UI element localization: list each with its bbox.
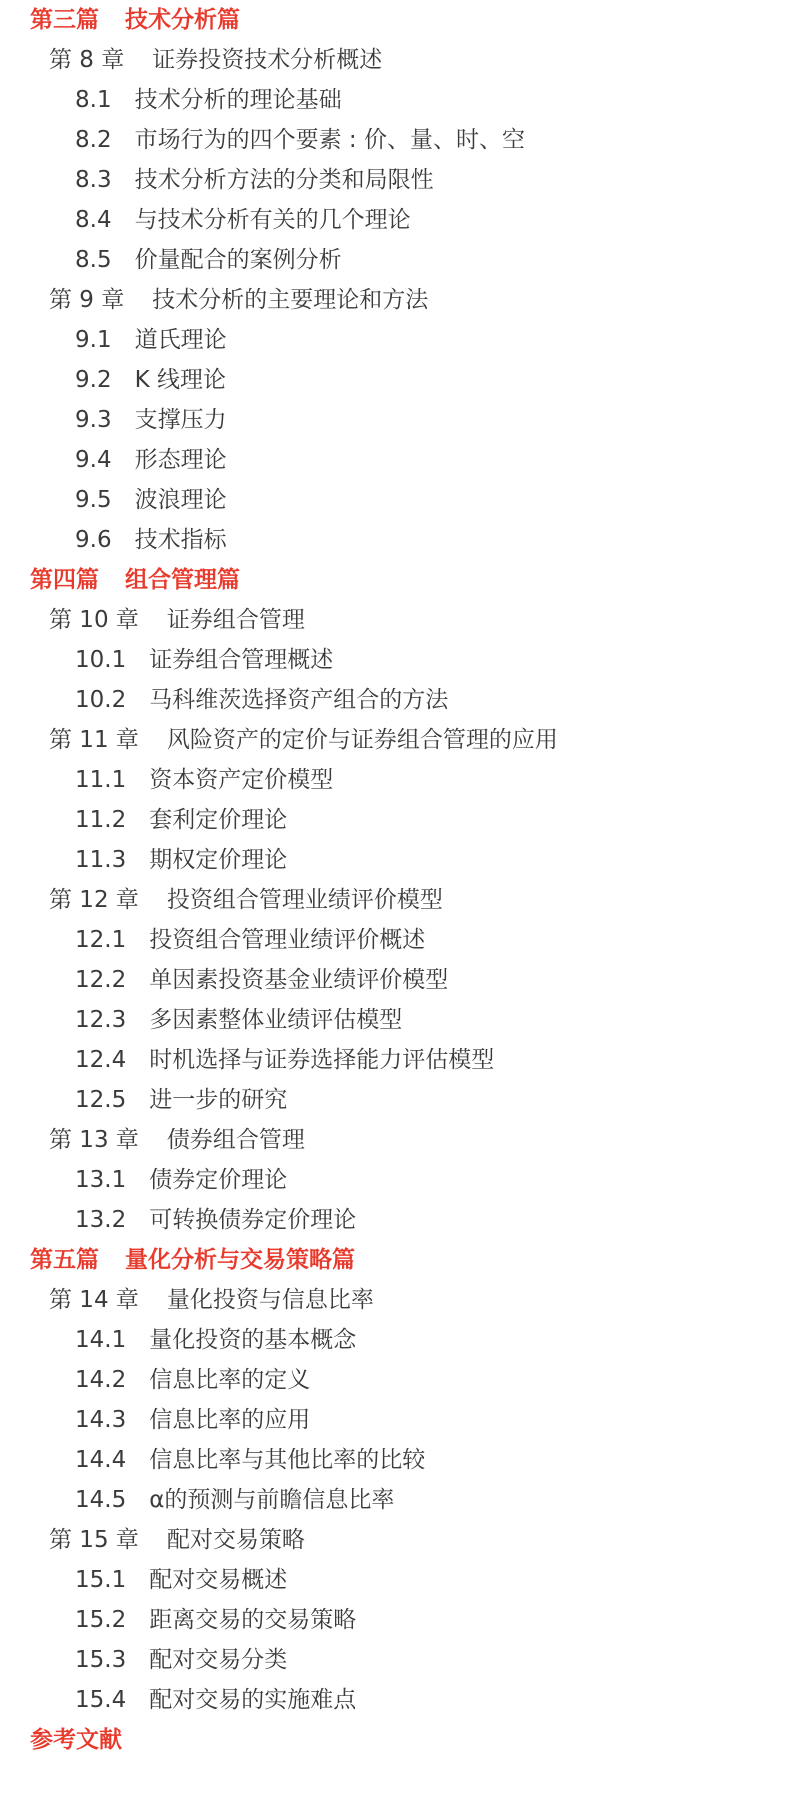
toc-entry-item: 9.5波浪理论 bbox=[0, 480, 790, 520]
toc-entry-number: 15.3 bbox=[75, 1640, 126, 1680]
toc-entry-number: 14.3 bbox=[75, 1400, 126, 1440]
toc-entry-title: 时机选择与证券选择能力评估模型 bbox=[149, 1047, 494, 1073]
toc-entry-number: 10.1 bbox=[75, 640, 126, 680]
toc-entry-title: 组合管理篇 bbox=[125, 567, 240, 593]
toc-entry-title: 距离交易的交易策略 bbox=[149, 1607, 356, 1633]
toc-entry-title: 技术分析篇 bbox=[125, 7, 240, 33]
toc-entry-item: 8.5价量配合的案例分析 bbox=[0, 240, 790, 280]
toc-entry-item: 15.1配对交易概述 bbox=[0, 1560, 790, 1600]
toc-entry-title: α的预测与前瞻信息比率 bbox=[149, 1487, 394, 1513]
toc-entry-title: 道氏理论 bbox=[135, 327, 227, 353]
toc-entry-chapter: 第 14 章量化投资与信息比率 bbox=[0, 1280, 790, 1320]
toc-entry-number: 9.5 bbox=[75, 480, 112, 520]
toc-entry-number: 第四篇 bbox=[30, 560, 99, 600]
toc-entry-item: 8.3技术分析方法的分类和局限性 bbox=[0, 160, 790, 200]
toc-entry-title: 波浪理论 bbox=[135, 487, 227, 513]
toc-entry-number: 14.1 bbox=[75, 1320, 126, 1360]
toc-entry-item: 14.5α的预测与前瞻信息比率 bbox=[0, 1480, 790, 1520]
toc-entry-title: 进一步的研究 bbox=[149, 1087, 287, 1113]
toc-entry-item: 8.4与技术分析有关的几个理论 bbox=[0, 200, 790, 240]
toc-entry-chapter: 第 10 章证券组合管理 bbox=[0, 600, 790, 640]
toc-entry-item: 13.1债券定价理论 bbox=[0, 1160, 790, 1200]
toc-entry-chapter: 第 11 章风险资产的定价与证券组合管理的应用 bbox=[0, 720, 790, 760]
toc-entry-number: 8.1 bbox=[75, 80, 112, 120]
toc-entry-title: 技术分析的主要理论和方法 bbox=[152, 287, 428, 313]
toc-entry-title: 参考文献 bbox=[30, 1727, 122, 1753]
toc-entry-number: 9.1 bbox=[75, 320, 112, 360]
toc-entry-item: 14.2信息比率的定义 bbox=[0, 1360, 790, 1400]
toc-entry-item: 11.2套利定价理论 bbox=[0, 800, 790, 840]
toc-entry-item: 10.1证券组合管理概述 bbox=[0, 640, 790, 680]
toc-entry-number: 15.4 bbox=[75, 1680, 126, 1720]
toc-entry-number: 第 9 章 bbox=[49, 280, 124, 320]
toc-entry-title: 投资组合管理业绩评价概述 bbox=[149, 927, 425, 953]
toc-entry-number: 14.2 bbox=[75, 1360, 126, 1400]
toc-entry-item: 9.2K 线理论 bbox=[0, 360, 790, 400]
toc-entry-item: 9.3支撑压力 bbox=[0, 400, 790, 440]
toc-entry-title: 套利定价理论 bbox=[149, 807, 287, 833]
toc-entry-title: 量化投资的基本概念 bbox=[149, 1327, 356, 1353]
toc-entry-title: 形态理论 bbox=[135, 447, 227, 473]
toc-entry-title: 支撑压力 bbox=[135, 407, 227, 433]
toc-entry-part: 第四篇组合管理篇 bbox=[0, 560, 790, 600]
toc-entry-number: 第 15 章 bbox=[49, 1520, 139, 1560]
toc-entry-number: 12.1 bbox=[75, 920, 126, 960]
toc-entry-title: 债券组合管理 bbox=[167, 1127, 305, 1153]
table-of-contents: 第三篇技术分析篇 第 8 章证券投资技术分析概述 8.1技术分析的理论基础 8.… bbox=[0, 0, 790, 1760]
toc-entry-number: 8.4 bbox=[75, 200, 112, 240]
toc-entry-number: 10.2 bbox=[75, 680, 126, 720]
toc-entry-number: 第三篇 bbox=[30, 0, 99, 40]
toc-entry-title: 多因素整体业绩评估模型 bbox=[149, 1007, 402, 1033]
toc-entry-number: 12.3 bbox=[75, 1000, 126, 1040]
toc-entry-number: 13.2 bbox=[75, 1200, 126, 1240]
toc-entry-chapter: 第 8 章证券投资技术分析概述 bbox=[0, 40, 790, 80]
toc-entry-chapter: 第 12 章投资组合管理业绩评价模型 bbox=[0, 880, 790, 920]
toc-entry-item: 8.2市场行为的四个要素 : 价、量、时、空 bbox=[0, 120, 790, 160]
toc-entry-title: 与技术分析有关的几个理论 bbox=[135, 207, 411, 233]
toc-entry-chapter: 第 9 章技术分析的主要理论和方法 bbox=[0, 280, 790, 320]
toc-entry-chapter: 第 13 章债券组合管理 bbox=[0, 1120, 790, 1160]
toc-entry-title: 证券投资技术分析概述 bbox=[152, 47, 382, 73]
toc-entry-title: 信息比率与其他比率的比较 bbox=[149, 1447, 425, 1473]
toc-entry-item: 11.3期权定价理论 bbox=[0, 840, 790, 880]
toc-entry-item: 12.4时机选择与证券选择能力评估模型 bbox=[0, 1040, 790, 1080]
toc-entry-number: 13.1 bbox=[75, 1160, 126, 1200]
toc-entry-title: 马科维茨选择资产组合的方法 bbox=[149, 687, 448, 713]
toc-entry-number: 第 11 章 bbox=[49, 720, 139, 760]
toc-entry-title: 技术分析的理论基础 bbox=[135, 87, 342, 113]
toc-entry-number: 第 10 章 bbox=[49, 600, 139, 640]
toc-entry-item: 15.4配对交易的实施难点 bbox=[0, 1680, 790, 1720]
toc-entry-item: 11.1资本资产定价模型 bbox=[0, 760, 790, 800]
toc-entry-item: 13.2可转换债券定价理论 bbox=[0, 1200, 790, 1240]
toc-entry-number: 第 12 章 bbox=[49, 880, 139, 920]
toc-entry-title: 债券定价理论 bbox=[149, 1167, 287, 1193]
toc-entry-item: 12.5进一步的研究 bbox=[0, 1080, 790, 1120]
toc-entry-number: 12.4 bbox=[75, 1040, 126, 1080]
toc-entry-title: 配对交易分类 bbox=[149, 1647, 287, 1673]
toc-entry-number: 11.3 bbox=[75, 840, 126, 880]
toc-entry-title: 证券组合管理 bbox=[167, 607, 305, 633]
toc-entry-number: 14.4 bbox=[75, 1440, 126, 1480]
toc-entry-number: 12.2 bbox=[75, 960, 126, 1000]
toc-entry-number: 11.2 bbox=[75, 800, 126, 840]
toc-entry-number: 8.3 bbox=[75, 160, 112, 200]
toc-entry-number: 14.5 bbox=[75, 1480, 126, 1520]
toc-entry-number: 第 13 章 bbox=[49, 1120, 139, 1160]
toc-entry-part: 参考文献 bbox=[0, 1720, 790, 1760]
toc-entry-item: 10.2马科维茨选择资产组合的方法 bbox=[0, 680, 790, 720]
toc-entry-item: 14.3信息比率的应用 bbox=[0, 1400, 790, 1440]
toc-entry-number: 9.4 bbox=[75, 440, 112, 480]
toc-entry-title: 单因素投资基金业绩评价模型 bbox=[149, 967, 448, 993]
toc-entry-item: 15.2距离交易的交易策略 bbox=[0, 1600, 790, 1640]
toc-entry-number: 9.6 bbox=[75, 520, 112, 560]
toc-entry-item: 9.1道氏理论 bbox=[0, 320, 790, 360]
toc-entry-title: K 线理论 bbox=[135, 367, 226, 393]
toc-entry-title: 配对交易概述 bbox=[149, 1567, 287, 1593]
toc-entry-item: 14.1量化投资的基本概念 bbox=[0, 1320, 790, 1360]
toc-entry-number: 15.2 bbox=[75, 1600, 126, 1640]
toc-entry-number: 9.2 bbox=[75, 360, 112, 400]
toc-entry-item: 15.3配对交易分类 bbox=[0, 1640, 790, 1680]
toc-entry-title: 期权定价理论 bbox=[149, 847, 287, 873]
toc-entry-part: 第五篇量化分析与交易策略篇 bbox=[0, 1240, 790, 1280]
toc-entry-title: 信息比率的应用 bbox=[149, 1407, 310, 1433]
toc-entry-number: 9.3 bbox=[75, 400, 112, 440]
toc-entry-part: 第三篇技术分析篇 bbox=[0, 0, 790, 40]
toc-entry-title: 量化分析与交易策略篇 bbox=[125, 1247, 355, 1273]
toc-entry-title: 资本资产定价模型 bbox=[149, 767, 333, 793]
toc-entry-title: 技术指标 bbox=[135, 527, 227, 553]
toc-entry-item: 12.1投资组合管理业绩评价概述 bbox=[0, 920, 790, 960]
toc-entry-number: 11.1 bbox=[75, 760, 126, 800]
toc-entry-title: 量化投资与信息比率 bbox=[167, 1287, 374, 1313]
toc-entry-title: 市场行为的四个要素 : 价、量、时、空 bbox=[135, 127, 525, 153]
toc-entry-title: 投资组合管理业绩评价模型 bbox=[167, 887, 443, 913]
toc-entry-title: 证券组合管理概述 bbox=[149, 647, 333, 673]
toc-entry-chapter: 第 15 章配对交易策略 bbox=[0, 1520, 790, 1560]
toc-entry-number: 第 14 章 bbox=[49, 1280, 139, 1320]
toc-entry-item: 12.2单因素投资基金业绩评价模型 bbox=[0, 960, 790, 1000]
toc-entry-title: 配对交易的实施难点 bbox=[149, 1687, 356, 1713]
toc-entry-number: 第五篇 bbox=[30, 1240, 99, 1280]
toc-entry-item: 8.1技术分析的理论基础 bbox=[0, 80, 790, 120]
toc-entry-number: 8.5 bbox=[75, 240, 112, 280]
toc-entry-title: 技术分析方法的分类和局限性 bbox=[135, 167, 434, 193]
toc-entry-title: 信息比率的定义 bbox=[149, 1367, 310, 1393]
toc-entry-title: 价量配合的案例分析 bbox=[135, 247, 342, 273]
toc-entry-item: 9.4形态理论 bbox=[0, 440, 790, 480]
toc-entry-item: 9.6技术指标 bbox=[0, 520, 790, 560]
toc-entry-number: 12.5 bbox=[75, 1080, 126, 1120]
toc-entry-title: 可转换债券定价理论 bbox=[149, 1207, 356, 1233]
toc-entry-title: 配对交易策略 bbox=[167, 1527, 305, 1553]
toc-entry-number: 第 8 章 bbox=[49, 40, 124, 80]
toc-entry-number: 15.1 bbox=[75, 1560, 126, 1600]
toc-entry-number: 8.2 bbox=[75, 120, 112, 160]
toc-entry-item: 14.4信息比率与其他比率的比较 bbox=[0, 1440, 790, 1480]
toc-entry-item: 12.3多因素整体业绩评估模型 bbox=[0, 1000, 790, 1040]
toc-entry-title: 风险资产的定价与证券组合管理的应用 bbox=[167, 727, 558, 753]
toc-page: { "page": { "background": "#ffffff", "te… bbox=[0, 0, 790, 1811]
